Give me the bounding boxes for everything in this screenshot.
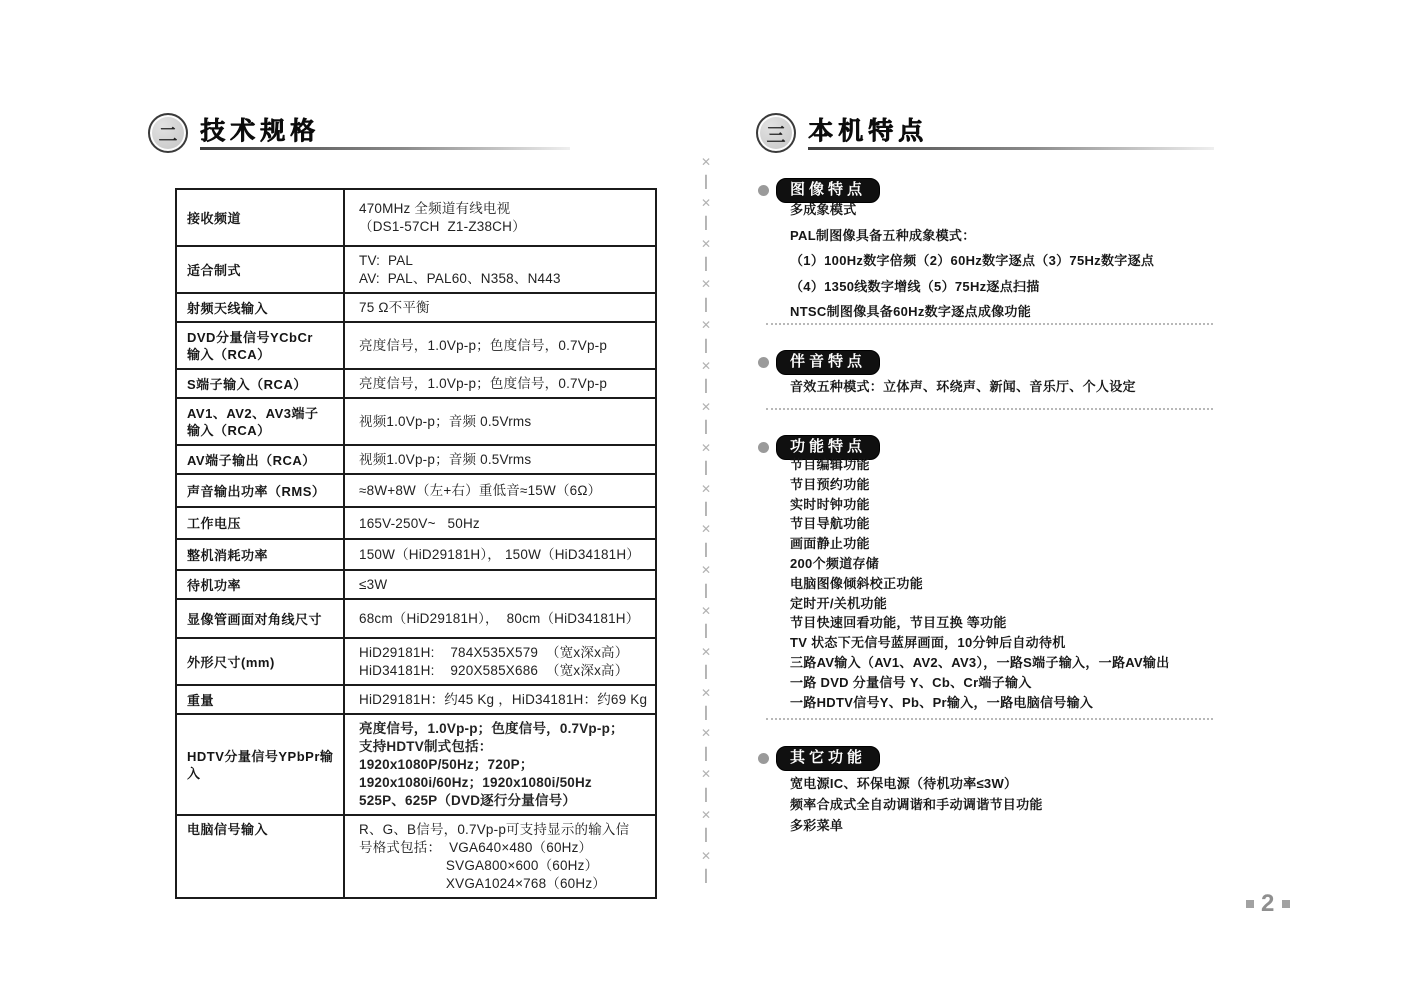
spec-value: R、G、B信号，0.7Vp-p可支持显示的输入信 号格式包括： VGA640×4… bbox=[345, 816, 655, 897]
table-row: S端子输入（RCA） 亮度信号，1.0Vp-p；色度信号，0.7Vp-p bbox=[177, 368, 655, 397]
spec-value: HiD29181H：约45 Kg ，HiD34181H：约69 Kg bbox=[345, 686, 655, 713]
spec-label: 待机功率 bbox=[177, 571, 345, 598]
table-row: 射频天线输入 75 Ω不平衡 bbox=[177, 292, 655, 321]
ornamental-divider: ✕ ┃ ✕ ┃ ✕ ┃ ✕ ┃ ✕ ┃ ✕ ┃ ✕ ┃ ✕ ┃ ✕ ┃ ✕ ┃ … bbox=[697, 152, 715, 888]
spec-value: 75 Ω不平衡 bbox=[345, 294, 655, 321]
spec-label: HDTV分量信号YPbPr输入 bbox=[177, 715, 345, 814]
spec-label: 整机消耗功率 bbox=[177, 540, 345, 569]
section-number-icon: 二 bbox=[148, 113, 188, 153]
dashed-separator bbox=[766, 718, 1213, 720]
spec-label: 适合制式 bbox=[177, 247, 345, 292]
spec-label: 接收频道 bbox=[177, 190, 345, 245]
table-row: 显像管画面对角线尺寸 68cm（HiD29181H）， 80cm（HiD3418… bbox=[177, 598, 655, 637]
page-dot-icon bbox=[1282, 900, 1290, 908]
spec-label: 外形尺寸(mm) bbox=[177, 639, 345, 684]
table-row: 待机功率 ≤3W bbox=[177, 569, 655, 598]
table-row: 整机消耗功率 150W（HiD29181H）， 150W（HiD34181H） bbox=[177, 538, 655, 569]
spec-label: 显像管画面对角线尺寸 bbox=[177, 600, 345, 637]
feature-lines: 宽电源IC、环保电源（待机功率≤3W） 频率合成式全自动调谐和手动调谐节目功能 … bbox=[790, 773, 1230, 836]
spec-value: 亮度信号，1.0Vp-p；色度信号，0.7Vp-p； 支持HDTV制式包括： 1… bbox=[345, 715, 655, 814]
spec-label: AV1、AV2、AV3端子 输入（RCA） bbox=[177, 399, 345, 444]
table-row: 重量 HiD29181H：约45 Kg ，HiD34181H：约69 Kg bbox=[177, 684, 655, 713]
table-row: 工作电压 165V-250V~ 50Hz bbox=[177, 506, 655, 538]
table-row: 适合制式 TV: PAL AV: PAL、PAL60、N358、N443 bbox=[177, 245, 655, 292]
spec-value: 亮度信号，1.0Vp-p；色度信号，0.7Vp-p bbox=[345, 323, 655, 368]
table-row: 声音输出功率（RMS） ≈8W+8W（左+右）重低音≈15W（6Ω） bbox=[177, 473, 655, 506]
table-row: DVD分量信号YCbCr 输入（RCA） 亮度信号，1.0Vp-p；色度信号，0… bbox=[177, 321, 655, 368]
spec-value: 150W（HiD29181H）， 150W（HiD34181H） bbox=[345, 540, 655, 569]
spec-value: HiD29181H: 784X535X579 （宽x深x高） HiD34181H… bbox=[345, 639, 655, 684]
table-row: 接收频道 470MHz 全频道有线电视 （DS1-57CH Z1-Z38CH） bbox=[177, 190, 655, 245]
spec-value: ≤3W bbox=[345, 571, 655, 598]
bullet-icon bbox=[758, 357, 769, 368]
feature-lines: 节目编辑功能 节目预约功能 实时时钟功能 节目导航功能 画面静止功能 200个频… bbox=[790, 455, 1230, 712]
feature-lines: 多成象模式 PAL制图像具备五种成象模式： （1）100Hz数字倍频（2）60H… bbox=[790, 197, 1230, 325]
spec-label: S端子输入（RCA） bbox=[177, 370, 345, 397]
spec-label: AV端子输出（RCA） bbox=[177, 446, 345, 473]
section-number-icon: 三 bbox=[756, 113, 796, 153]
spec-table: 接收频道 470MHz 全频道有线电视 （DS1-57CH Z1-Z38CH） … bbox=[175, 188, 657, 899]
section-number: 二 bbox=[158, 120, 177, 147]
page-number: 2 bbox=[1246, 890, 1290, 918]
spec-label: 电脑信号输入 bbox=[177, 816, 345, 897]
table-row: AV端子输出（RCA） 视频1.0Vp-p；音频 0.5Vrms bbox=[177, 444, 655, 473]
feature-lines: 音效五种模式：立体声、环绕声、新闻、音乐厅、个人设定 bbox=[790, 377, 1230, 397]
spec-value: TV: PAL AV: PAL、PAL60、N358、N443 bbox=[345, 247, 655, 292]
page-number-value: 2 bbox=[1261, 890, 1275, 918]
spec-value: 470MHz 全频道有线电视 （DS1-57CH Z1-Z38CH） bbox=[345, 190, 655, 245]
spec-label: DVD分量信号YCbCr 输入（RCA） bbox=[177, 323, 345, 368]
features-title: 本机特点 bbox=[808, 117, 1214, 145]
bullet-icon bbox=[758, 753, 769, 764]
spec-value: ≈8W+8W（左+右）重低音≈15W（6Ω） bbox=[345, 475, 655, 506]
spec-value: 视频1.0Vp-p；音频 0.5Vrms bbox=[345, 399, 655, 444]
spec-label: 射频天线输入 bbox=[177, 294, 345, 321]
table-row: 外形尺寸(mm) HiD29181H: 784X535X579 （宽x深x高） … bbox=[177, 637, 655, 684]
section-number: 三 bbox=[766, 120, 785, 147]
title-underline bbox=[200, 147, 570, 150]
table-row: AV1、AV2、AV3端子 输入（RCA） 视频1.0Vp-p；音频 0.5Vr… bbox=[177, 397, 655, 444]
feature-section-other: 其它功能 bbox=[758, 746, 880, 771]
feature-section-audio: 伴音特点 bbox=[758, 350, 880, 375]
spec-value: 68cm（HiD29181H）， 80cm（HiD34181H） bbox=[345, 600, 655, 637]
bullet-icon bbox=[758, 185, 769, 196]
title-underline bbox=[808, 147, 1214, 150]
table-row: 电脑信号输入 R、G、B信号，0.7Vp-p可支持显示的输入信 号格式包括： V… bbox=[177, 814, 655, 897]
dashed-separator bbox=[766, 323, 1213, 325]
spec-label: 声音输出功率（RMS） bbox=[177, 475, 345, 506]
spec-value: 视频1.0Vp-p；音频 0.5Vrms bbox=[345, 446, 655, 473]
left-section-header: 二 技术规格 bbox=[148, 113, 570, 153]
section-badge: 伴音特点 bbox=[776, 350, 880, 375]
section-badge: 其它功能 bbox=[776, 746, 880, 771]
table-row: HDTV分量信号YPbPr输入 亮度信号，1.0Vp-p；色度信号，0.7Vp-… bbox=[177, 713, 655, 814]
dashed-separator bbox=[766, 408, 1213, 410]
right-section-header: 三 本机特点 bbox=[756, 113, 1214, 153]
spec-value: 165V-250V~ 50Hz bbox=[345, 508, 655, 538]
bullet-icon bbox=[758, 442, 769, 453]
spec-label: 重量 bbox=[177, 686, 345, 713]
page-title: 技术规格 bbox=[200, 117, 570, 145]
spec-label: 工作电压 bbox=[177, 508, 345, 538]
page-dot-icon bbox=[1246, 900, 1254, 908]
spec-value: 亮度信号，1.0Vp-p；色度信号，0.7Vp-p bbox=[345, 370, 655, 397]
